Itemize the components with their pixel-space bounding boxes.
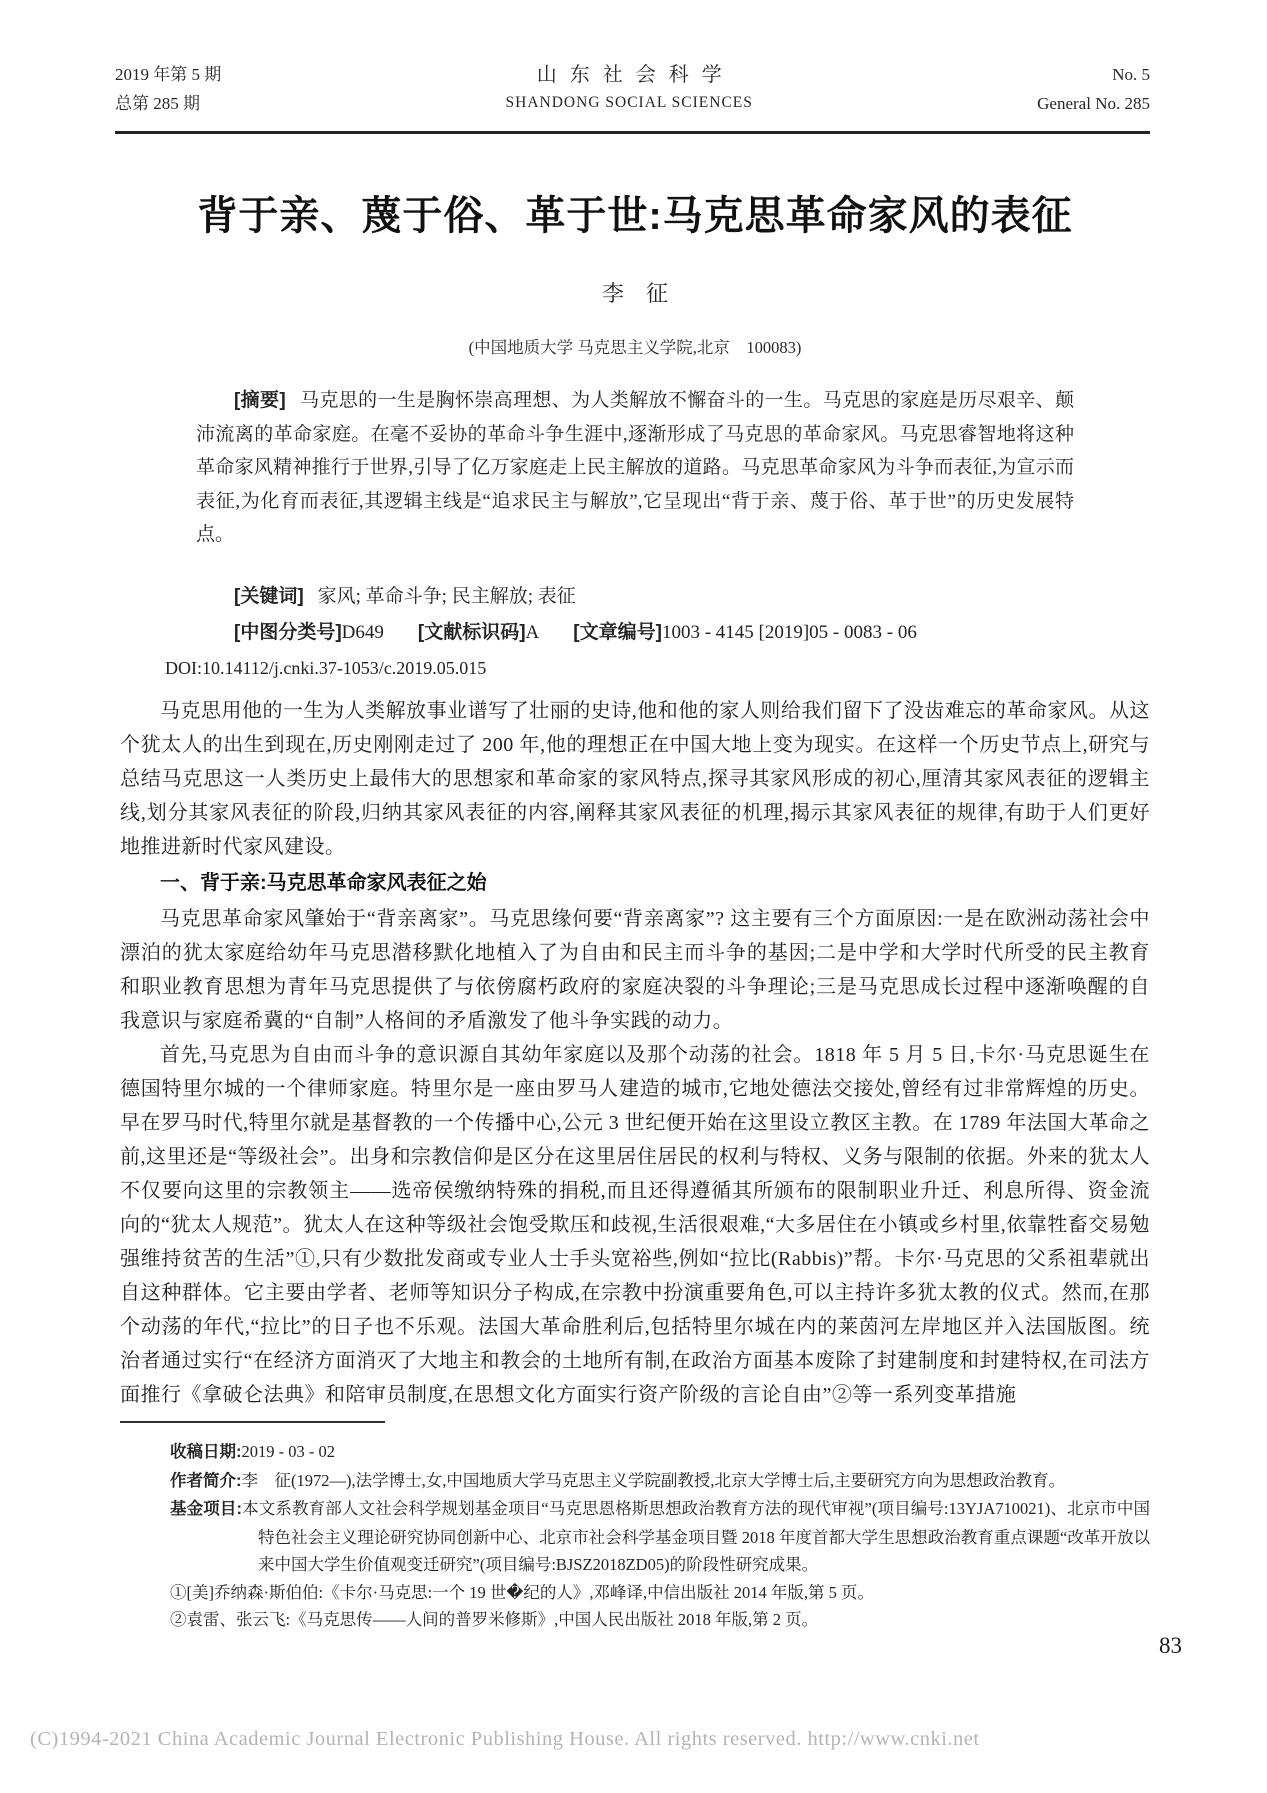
fund-project-text: 本文系教育部人文社会科学规划基金项目“马克思恩格斯思想政治教育方法的现代审视”(… [242, 1499, 1150, 1574]
footnote-block: 收稿日期:2019 - 03 - 02 作者简介:李 征(1972—),法学博士… [170, 1438, 1150, 1634]
footnote-1: ①[美]乔纳森·斯伯伯:《卡尔·马克思:一个 19 世�纪的人》,邓峰译,中信出… [170, 1579, 1150, 1607]
article-id-label: [文章编号] [573, 622, 662, 643]
journal-scan-page: 2019 年第 5 期 总第 285 期 山东社会科学 SHANDONG SOC… [0, 0, 1267, 1793]
clc-label: [中图分类号] [234, 622, 342, 643]
issue-cn-line1: 2019 年第 5 期 [115, 60, 221, 89]
author-bio-text: 李 征(1972—),法学博士,女,中国地质大学马克思主义学院副教授,北京大学博… [242, 1471, 1066, 1490]
body-paragraph-3: 首先,马克思为自由而斗争的意识源自其幼年家庭以及那个动荡的社会。1818 年 5… [120, 1038, 1150, 1412]
journal-title-en: SHANDONG SOCIAL SCIENCES [506, 90, 753, 116]
received-date-line: 收稿日期:2019 - 03 - 02 [170, 1438, 1150, 1467]
abstract-paragraph: [摘要]马克思的一生是胸怀崇高理想、为人类解放不懈奋斗的一生。马克思的家庭是历尽… [196, 384, 1074, 552]
article-title: 背于亲、蔑于俗、革于世:马克思革命家风的表征 [120, 191, 1150, 241]
page-number: 83 [1159, 1633, 1182, 1659]
abstract-label: [摘要] [234, 390, 286, 411]
doc-code-label: [文献标识码] [418, 622, 526, 643]
header-journal-title: 山东社会科学 SHANDONG SOCIAL SCIENCES [506, 60, 753, 116]
doc-code-value: A [526, 622, 540, 643]
header-issue-cn: 2019 年第 5 期 总第 285 期 [115, 60, 221, 118]
issue-en-line1: No. 5 [1037, 60, 1150, 89]
article-main: 背于亲、蔑于俗、革于世:马克思革命家风的表征 李 征 (中国地质大学 马克思主义… [120, 165, 1150, 1634]
journal-header: 2019 年第 5 期 总第 285 期 山东社会科学 SHANDONG SOC… [115, 60, 1150, 118]
article-author: 李 征 [120, 277, 1150, 308]
clc-value: D649 [342, 622, 384, 643]
keywords-line: [关键词]家风; 革命斗争; 民主解放; 表征 [196, 580, 1074, 614]
doi-line: DOI:10.14112/j.cnki.37-1053/c.2019.05.01… [165, 652, 1074, 685]
cnki-copyright-footer: (C)1994-2021 China Academic Journal Elec… [30, 1728, 1230, 1751]
received-date-label: 收稿日期: [170, 1443, 242, 1461]
fund-project-label: 基金项目: [170, 1500, 242, 1518]
classification-line: [中图分类号]D649[文献标识码]A[文章编号]1003 - 4145 [20… [196, 616, 1074, 650]
body-paragraph-2: 马克思革命家风肇始于“背亲离家”。马克思缘何要“背亲离家”? 这主要有三个方面原… [120, 902, 1150, 1038]
received-date-text: 2019 - 03 - 02 [242, 1442, 336, 1461]
article-meta-block: [摘要]马克思的一生是胸怀崇高理想、为人类解放不懈奋斗的一生。马克思的家庭是历尽… [196, 384, 1074, 685]
issue-en-line2: General No. 285 [1037, 89, 1150, 118]
keywords-text: 家风; 革命斗争; 民主解放; 表征 [318, 586, 576, 607]
article-affiliation: (中国地质大学 马克思主义学院,北京 100083) [120, 334, 1150, 358]
body-paragraph-1: 马克思用他的一生为人类解放事业谱写了壮丽的史诗,他和他的家人则给我们留下了没齿难… [120, 694, 1150, 864]
fund-project-line: 基金项目:本文系教育部人文社会科学规划基金项目“马克思恩格斯思想政治教育方法的现… [170, 1495, 1150, 1579]
footnote-divider [120, 1421, 385, 1423]
header-rule [115, 131, 1150, 134]
issue-cn-line2: 总第 285 期 [115, 89, 221, 118]
section-heading-1: 一、背于亲:马克思革命家风表征之始 [120, 866, 1150, 900]
journal-title-cn: 山东社会科学 [506, 60, 753, 90]
author-bio-label: 作者简介: [170, 1472, 242, 1490]
header-issue-en: No. 5 General No. 285 [1037, 60, 1150, 118]
abstract-text: 马克思的一生是胸怀崇高理想、为人类解放不懈奋斗的一生。马克思的家庭是历尽艰辛、颠… [196, 390, 1074, 545]
keywords-label: [关键词] [234, 586, 304, 607]
footnote-2: ②袁雷、张云飞:《马克思传——人间的普罗米修斯》,中国人民出版社 2018 年版… [170, 1606, 1150, 1634]
article-id-value: 1003 - 4145 [2019]05 - 0083 - 06 [662, 622, 917, 643]
author-bio-line: 作者简介:李 征(1972—),法学博士,女,中国地质大学马克思主义学院副教授,… [170, 1467, 1150, 1496]
